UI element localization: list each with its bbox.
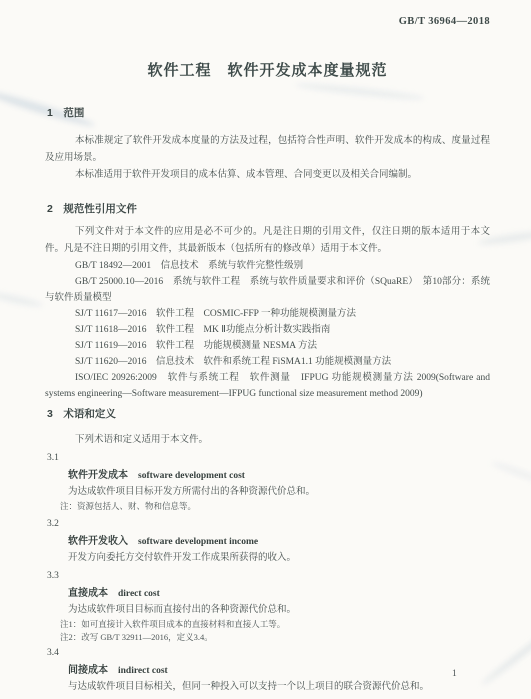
term-name-zh: 软件开发成本: [68, 470, 128, 481]
term-name-en: software development cost: [138, 471, 245, 481]
term-name-en: software development income: [138, 537, 258, 547]
term-note: 注2：改写 GB/T 32911—2016，定义3.4。: [60, 631, 490, 644]
page-number: 1: [452, 669, 457, 679]
section-heading-scope: 1 范围: [47, 107, 490, 120]
term-definition: 开发方向委托方交付软件开发工作成果所获得的收入。: [45, 550, 490, 566]
scope-paragraph-1: 本标准规定了软件开发成本度量的方法及过程，包括符合性声明、软件开发成本的构成、度…: [45, 133, 490, 167]
term-block-3-2: 3.2 软件开发收入software development income 开发…: [45, 517, 490, 566]
reference-entry: SJ/T 11620—2016 信息技术 软件和系统工程 FiSMA1.1 功能…: [45, 354, 490, 370]
scope-paragraph-2: 本标准适用于软件开发项目的成本估算、成本管理、合同变更以及相关合同编制。: [45, 167, 490, 184]
reference-entry: SJ/T 11619—2016 软件工程 功能规模测量 NESMA 方法: [45, 338, 490, 354]
references-intro: 下列文件对于本文件的应用是必不可少的。凡是注日期的引用文件，仅注日期的版本适用于…: [45, 224, 490, 258]
reference-entry: GB/T 25000.10—2016 系统与软件工程 系统与软件质量要求和评价（…: [45, 274, 490, 306]
term-number: 3.2: [47, 517, 490, 532]
section-heading-references: 2 规范性引用文件: [47, 203, 490, 216]
term-block-3-1: 3.1 软件开发成本software development cost 为达成软…: [45, 451, 490, 513]
term-number: 3.4: [47, 646, 490, 661]
document-title: 软件工程 软件开发成本度量规范: [45, 61, 490, 81]
term-name-en: indirect cost: [118, 666, 168, 676]
term-name-zh: 直接成本: [68, 588, 108, 599]
term-name-en: direct cost: [118, 589, 160, 599]
reference-entry: SJ/T 11617—2016 软件工程 COSMIC-FFP 一种功能规模测量…: [45, 306, 490, 322]
term-definition: 与达成软件项目目标相关，但同一种投入可以支持一个以上项目的联合资源代价总和。: [45, 679, 490, 695]
term-note: 注：资源包括人、财、物和信息等。: [60, 500, 490, 513]
reference-entry: ISO/IEC 20926:2009 软件与系统工程 软件测量 IFPUG 功能…: [45, 370, 490, 402]
reference-entry: GB/T 18492—2001 信息技术 系统与软件完整性级别: [45, 258, 490, 274]
document-page: GB/T 36964—2018 软件工程 软件开发成本度量规范 1 范围 本标准…: [0, 0, 531, 699]
term-name: 间接成本indirect cost: [68, 661, 490, 679]
section-heading-terms: 3 术语和定义: [47, 408, 490, 421]
term-name: 直接成本direct cost: [68, 584, 490, 602]
standard-code: GB/T 36964—2018: [45, 15, 490, 28]
term-name: 软件开发成本software development cost: [68, 466, 490, 484]
reference-entry: SJ/T 11618—2016 软件工程 MK Ⅱ功能点分析计数实践指南: [45, 322, 490, 338]
term-note: 注1：如可直接计入软件项目成本的直接材料和直接人工等。: [60, 618, 490, 631]
term-name: 软件开发收入software development income: [68, 532, 490, 550]
term-name-zh: 软件开发收入: [68, 536, 128, 547]
term-block-3-4: 3.4 间接成本indirect cost 与达成软件项目目标相关，但同一种投入…: [45, 646, 490, 695]
term-number: 3.1: [47, 451, 490, 466]
term-definition: 为达成软件项目目标而直接付出的各种资源代价总和。: [45, 602, 490, 618]
page-content: GB/T 36964—2018 软件工程 软件开发成本度量规范 1 范围 本标准…: [0, 0, 531, 699]
term-definition: 为达成软件项目目标开发方所需付出的各种资源代价总和。: [45, 484, 490, 500]
terms-intro: 下列术语和定义适用于本文件。: [45, 432, 490, 448]
term-block-3-3: 3.3 直接成本direct cost 为达成软件项目目标而直接付出的各种资源代…: [45, 569, 490, 644]
term-number: 3.3: [47, 569, 490, 584]
term-name-zh: 间接成本: [68, 665, 108, 676]
